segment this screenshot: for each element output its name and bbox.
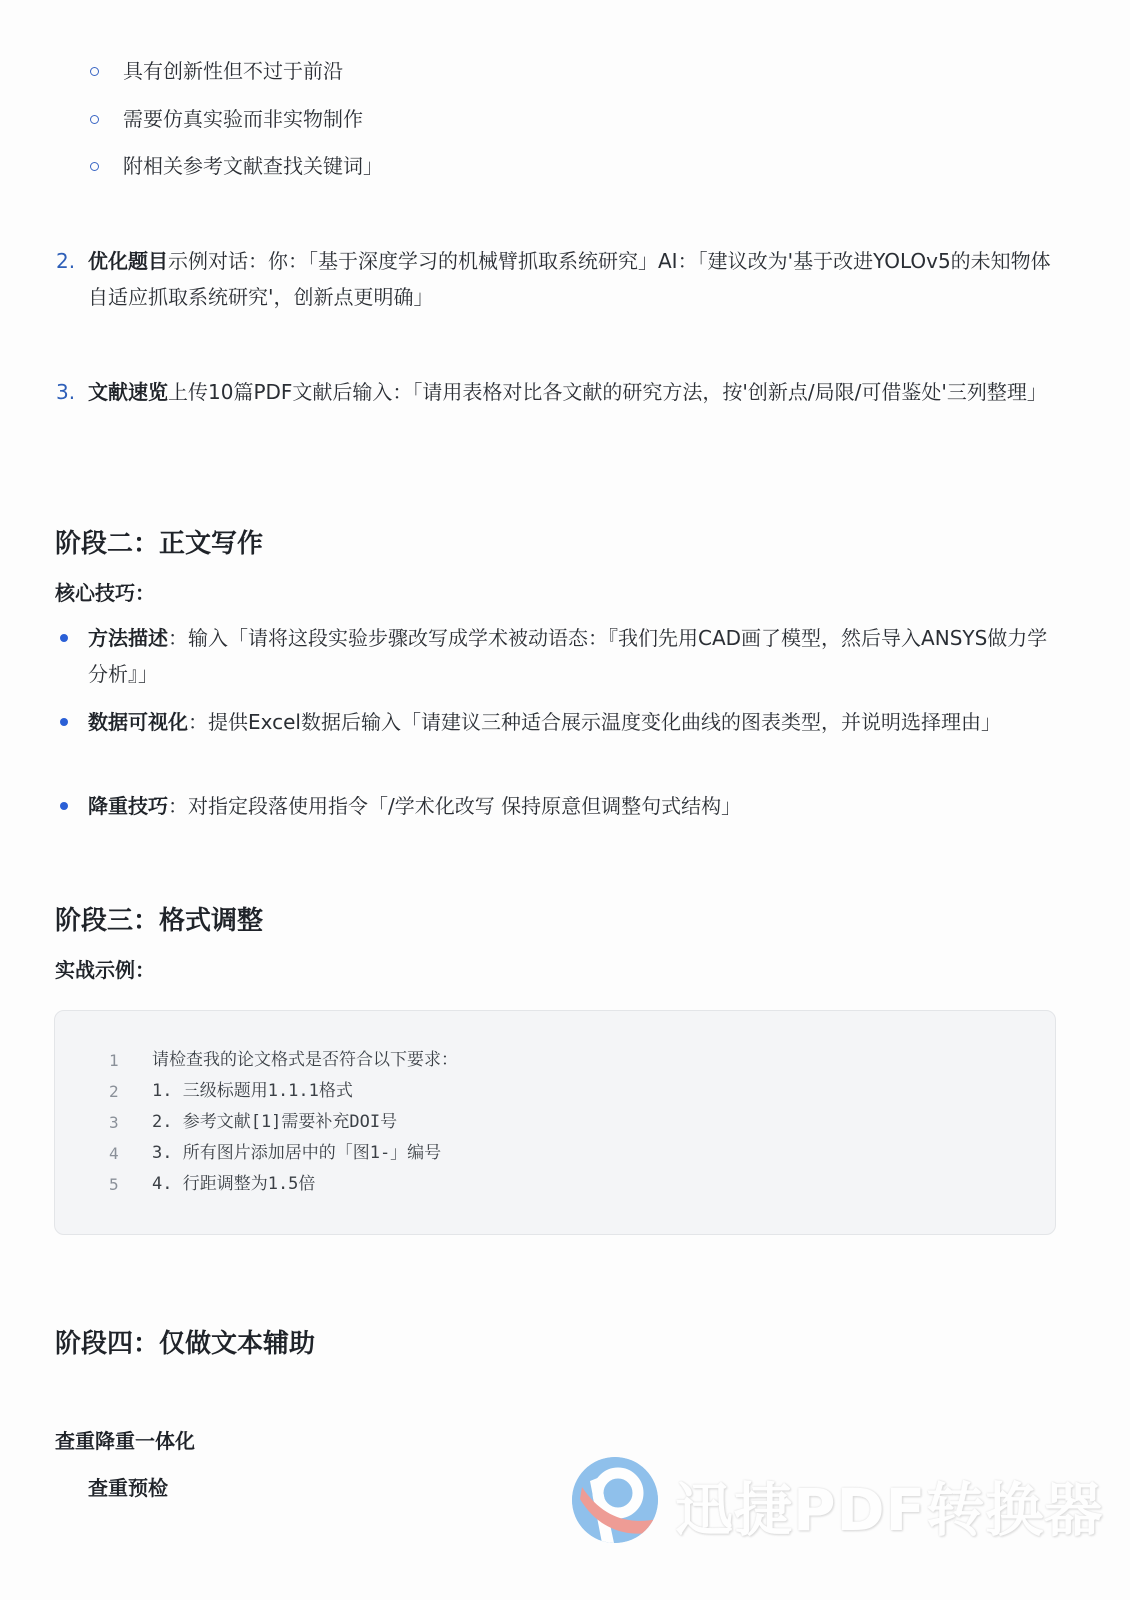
bullet-dot-icon (60, 718, 68, 726)
stage4-subheading: 查重降重一体化 (55, 1425, 195, 1454)
bullet-dot-icon (60, 634, 68, 642)
stage3-heading: 阶段三：格式调整 (55, 900, 263, 937)
line-number: 1 (109, 1045, 129, 1076)
document-page: 具有创新性但不过于前沿 需要仿真实验而非实物制作 附相关参考文献查找关键词」 2… (0, 0, 1130, 1600)
list-item-text: 示例对话：你：「基于深度学习的机械臂抓取系统研究」AI：「建议改为'基于改进YO… (88, 249, 1051, 309)
list-item-title: 优化题目 (88, 249, 168, 273)
bullet-item-data-visualization: 数据可视化：提供Excel数据后输入「请建议三种适合展示温度变化曲线的图表类型，… (56, 704, 1066, 740)
bullet-item-method-description: 方法描述：输入「请将这段实验步骤改写成学术被动语态：『我们先用CAD画了模型，然… (56, 620, 1066, 692)
stage2-subheading: 核心技巧： (55, 577, 155, 606)
code-line-text: 4. 行距调整为1.5倍 (152, 1169, 315, 1200)
sub-list-item-text: 附相关参考文献查找关键词」 (123, 151, 383, 181)
bullet-item-title: 方法描述 (88, 626, 168, 650)
stage4-heading: 阶段四：仅做文本辅助 (55, 1323, 315, 1360)
bullet-item-plagiarism-reduction: 降重技巧：对指定段落使用指令「/学术化改写 保持原意但调整句式结构」 (56, 788, 1066, 824)
bullet-item-text: ：输入「请将这段实验步骤改写成学术被动语态：『我们先用CAD画了模型，然后导入A… (88, 626, 1047, 686)
hollow-bullet-icon (90, 115, 99, 124)
watermark: 迅捷PDF转换器 (570, 1455, 1090, 1545)
list-item-text: 上传10篇PDF文献后输入：「请用表格对比各文献的研究方法，按'创新点/局限/可… (168, 380, 1047, 404)
sub-list-item-text: 需要仿真实验而非实物制作 (123, 104, 363, 134)
watermark-text: 迅捷PDF转换器 (675, 1463, 1103, 1547)
hollow-bullet-icon (90, 67, 99, 76)
bullet-item-text: ：对指定段落使用指令「/学术化改写 保持原意但调整句式结构」 (168, 794, 741, 818)
ordered-list-item-literature-review: 3. 文献速览上传10篇PDF文献后输入：「请用表格对比各文献的研究方法，按'创… (56, 374, 1066, 410)
line-number: 5 (109, 1169, 129, 1200)
bullet-item-title: 降重技巧 (88, 794, 168, 818)
list-number: 3. (56, 374, 75, 410)
ordered-list-item-optimize-title: 2. 优化题目示例对话：你：「基于深度学习的机械臂抓取系统研究」AI：「建议改为… (56, 243, 1066, 315)
sub-list-item-text: 具有创新性但不过于前沿 (123, 56, 343, 86)
bullet-dot-icon (60, 802, 68, 810)
code-line-text: 3. 所有图片添加居中的「图1-」编号 (152, 1138, 441, 1169)
stage2-heading: 阶段二：正文写作 (55, 523, 263, 560)
line-number: 3 (109, 1107, 129, 1138)
line-number: 2 (109, 1076, 129, 1107)
xunjie-pdf-logo-icon (572, 1457, 658, 1543)
stage4-sub-subheading: 查重预检 (88, 1472, 168, 1501)
hollow-bullet-icon (90, 162, 99, 171)
line-number: 4 (109, 1138, 129, 1169)
bullet-item-title: 数据可视化 (88, 710, 188, 734)
list-number: 2. (56, 243, 75, 279)
stage3-subheading: 实战示例： (55, 954, 155, 983)
code-line-text: 请检查我的论文格式是否符合以下要求： (152, 1045, 458, 1076)
code-line-text: 2. 参考文献[1]需要补充DOI号 (152, 1107, 397, 1138)
code-block[interactable]: 1 请检查我的论文格式是否符合以下要求： 2 1. 三级标题用1.1.1格式 3… (54, 1010, 1056, 1235)
code-line-text: 1. 三级标题用1.1.1格式 (152, 1076, 353, 1107)
bullet-item-text: ：提供Excel数据后输入「请建议三种适合展示温度变化曲线的图表类型，并说明选择… (188, 710, 1001, 734)
list-item-title: 文献速览 (88, 380, 168, 404)
